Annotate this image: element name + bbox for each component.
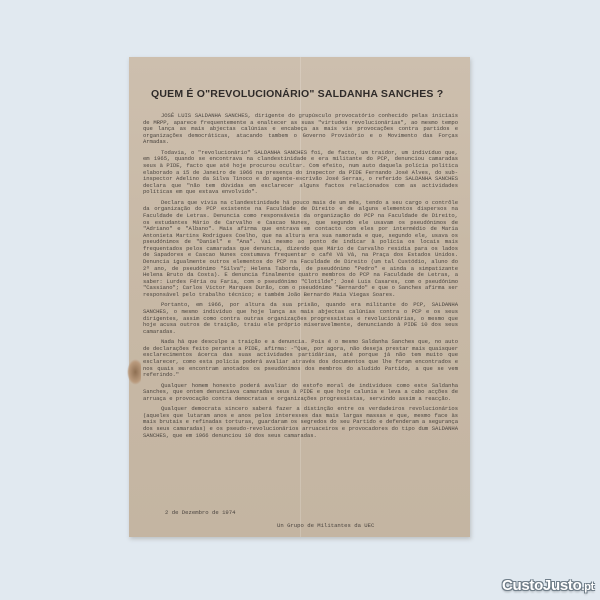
- paragraph-declaration: Declara que vivia na clandestinidade há …: [143, 200, 458, 299]
- paragraph-traitor: Todavia, o "revolucionário" SALDANHA SAN…: [143, 150, 458, 196]
- paragraph-democrat: Qualquer democrata sincero saberá fazer …: [143, 406, 458, 439]
- document-title: QUEM É O"REVOLUCIONÁRIO" SALDANHA SANCHE…: [151, 87, 458, 101]
- document-signature: Un Grupo de Militantes da UEC: [277, 522, 374, 529]
- watermark-tld: .pt: [581, 581, 594, 593]
- paragraph-honest-man: Qualquer homem honesto poderá avaliar do…: [143, 383, 458, 403]
- document-body: JOSÉ LUIS SALDANHA SANCHES, dirigente do…: [143, 113, 458, 439]
- watermark-brand: CustoJusto: [502, 577, 582, 594]
- leaflet-document: QUEM É O"REVOLUCIONÁRIO" SALDANHA SANCHE…: [129, 57, 470, 537]
- document-date: 2 de Dezembro de 1974: [165, 509, 236, 516]
- paragraph-no-excuse: Nada há que desculpe a traição e a denun…: [143, 339, 458, 379]
- paragraph-conclusion-1966: Portanto, em 1966, por altura da sua pri…: [143, 302, 458, 335]
- paper-tear: [127, 359, 141, 385]
- paragraph-intro: JOSÉ LUIS SALDANHA SANCHES, dirigente do…: [143, 113, 458, 146]
- custojusto-watermark: CustoJusto.pt: [502, 577, 594, 594]
